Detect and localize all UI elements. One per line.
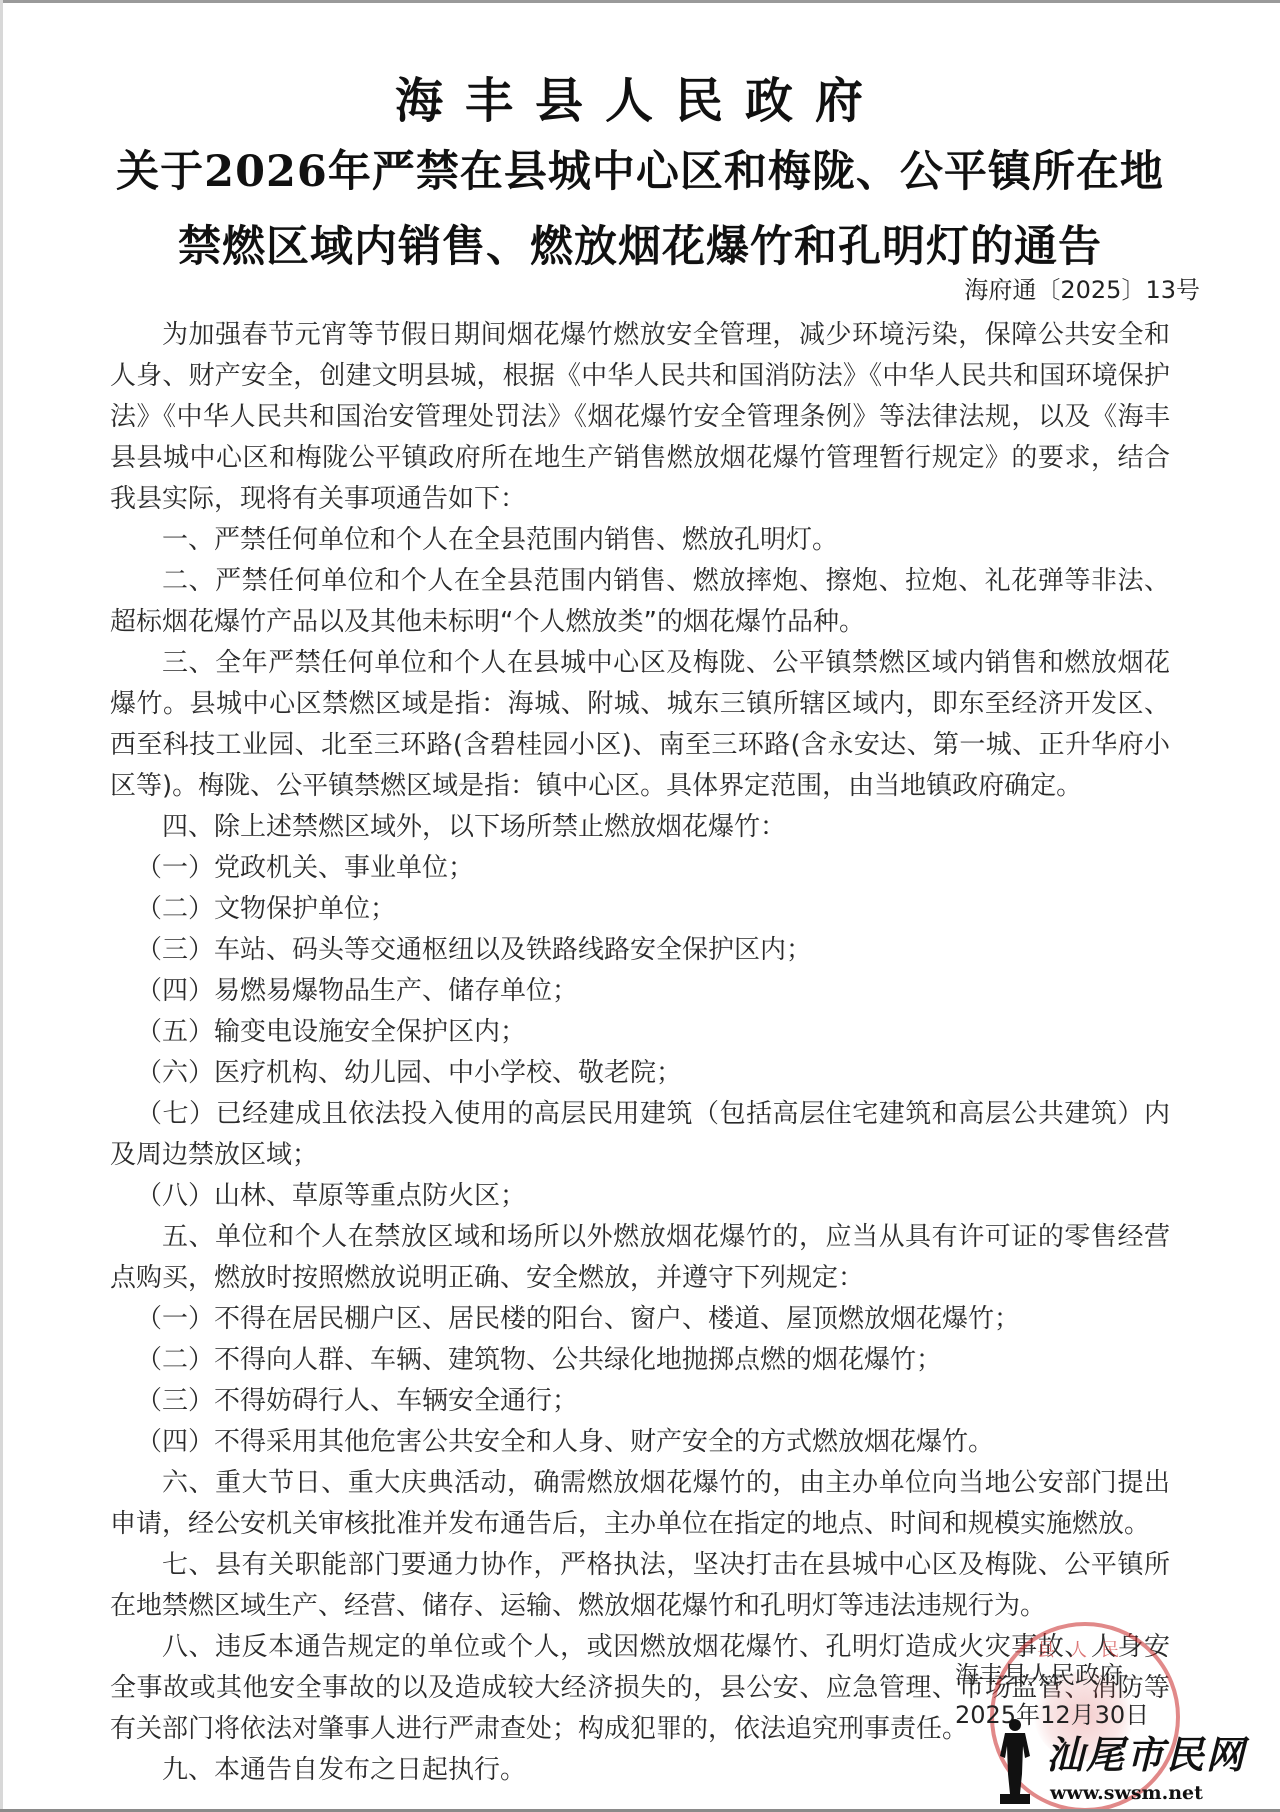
clause-4-item-6: （六）医疗机构、幼儿园、中小学校、敬老院； <box>110 1053 1170 1094</box>
clause-5-item-3: （三）不得妨碍行人、车辆安全通行； <box>110 1381 1170 1422</box>
clause-4-item-1: （一）党政机关、事业单位； <box>110 848 1170 889</box>
notice-title-line-1: 关于2026年严禁在县城中心区和梅陇、公平镇所在地 <box>0 138 1280 199</box>
clause-2: 二、严禁任何单位和个人在全县范围内销售、燃放摔炮、擦炮、拉炮、礼花弹等非法、超标… <box>110 561 1170 643</box>
clause-5-item-4: （四）不得采用其他危害公共安全和人身、财产安全的方式燃放烟花爆竹。 <box>110 1422 1170 1463</box>
clause-4: 四、除上述禁燃区域外，以下场所禁止燃放烟花爆竹： <box>110 807 1170 848</box>
clause-4-item-2: （二）文物保护单位； <box>110 889 1170 930</box>
site-watermark: 汕尾市民网 www.swsm.net <box>992 1718 1272 1806</box>
issuer-heading: 海丰县人民政府 <box>0 62 1280 131</box>
clause-5-item-2: （二）不得向人群、车辆、建筑物、公共绿化地抛掷点燃的烟花爆竹； <box>110 1340 1170 1381</box>
notice-body: 为加强春节元宵等节假日期间烟花爆竹燃放安全管理，减少环境污染，保障公共安全和人身… <box>110 315 1170 1791</box>
clause-4-item-8: （八）山林、草原等重点防火区； <box>110 1176 1170 1217</box>
clause-6: 六、重大节日、重大庆典活动，确需燃放烟花爆竹的，由主办单位向当地公安部门提出申请… <box>110 1463 1170 1545</box>
clause-4-item-7: （七）已经建成且依法投入使用的高层民用建筑（包括高层住宅建筑和高层公共建筑）内及… <box>110 1094 1170 1176</box>
signature-issuer: 海丰县人民政府 <box>955 1655 1149 1695</box>
clause-1: 一、严禁任何单位和个人在全县范围内销售、燃放孔明灯。 <box>110 520 1170 561</box>
watermark-url: www.swsm.net <box>1050 1782 1203 1804</box>
clause-4-item-5: （五）输变电设施安全保护区内； <box>110 1012 1170 1053</box>
page-edge-top <box>0 0 1280 3</box>
silhouette-statue-icon <box>992 1716 1038 1804</box>
document-number: 海府通〔2025〕13号 <box>964 270 1200 305</box>
clause-4-item-3: （三）车站、码头等交通枢纽以及铁路线路安全保护区内； <box>110 930 1170 971</box>
clause-3: 三、全年严禁任何单位和个人在县城中心区及梅陇、公平镇禁燃区域内销售和燃放烟花爆竹… <box>110 643 1170 807</box>
notice-title-line-2: 禁燃区域内销售、燃放烟花爆竹和孔明灯的通告 <box>0 213 1280 274</box>
clause-5-item-1: （一）不得在居民棚户区、居民楼的阳台、窗户、楼道、屋顶燃放烟花爆竹； <box>110 1299 1170 1340</box>
clause-4-item-4: （四）易燃易爆物品生产、储存单位； <box>110 971 1170 1012</box>
watermark-site-name: 汕尾市民网 <box>1046 1724 1246 1779</box>
preamble-paragraph: 为加强春节元宵等节假日期间烟花爆竹燃放安全管理，减少环境污染，保障公共安全和人身… <box>110 315 1170 520</box>
clause-5: 五、单位和个人在禁放区域和场所以外燃放烟花爆竹的，应当从具有许可证的零售经营点购… <box>110 1217 1170 1299</box>
clause-7: 七、县有关职能部门要通力协作，严格执法，坚决打击在县城中心区及梅陇、公平镇所在地… <box>110 1545 1170 1627</box>
